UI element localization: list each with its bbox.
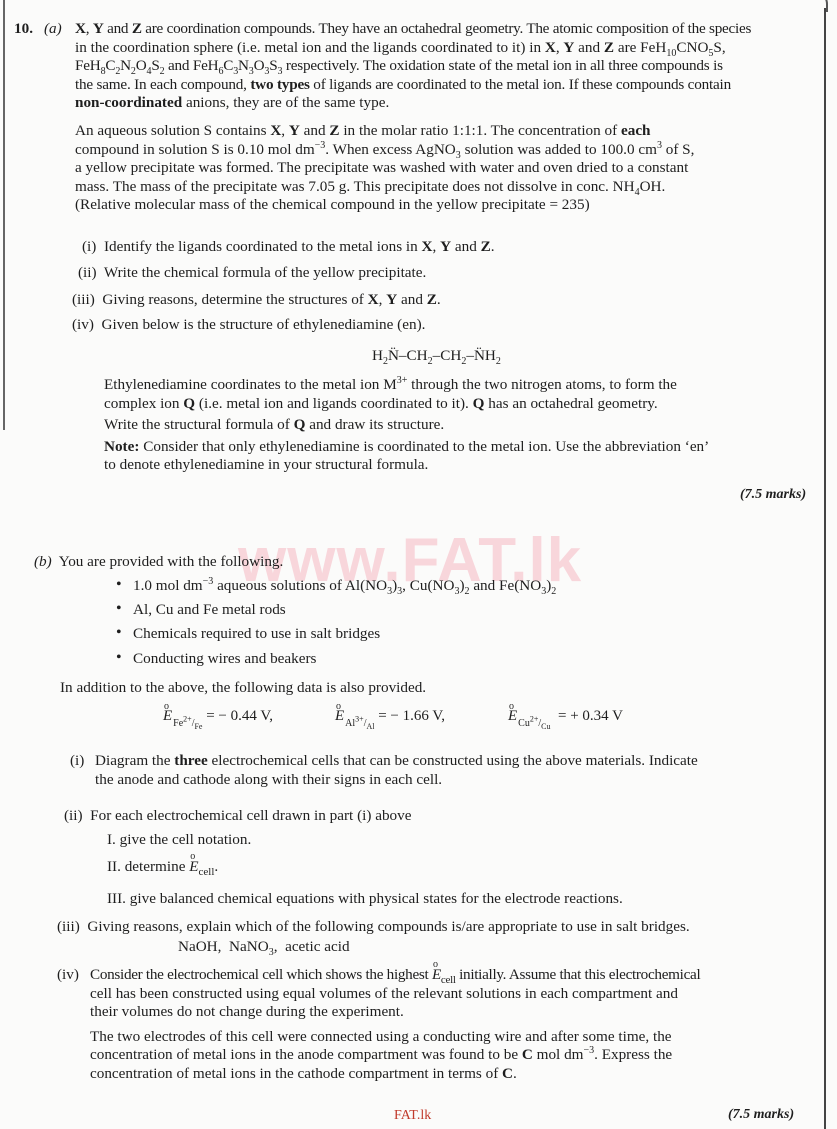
- provided-item: Chemicals required to use in salt bridge…: [133, 625, 380, 643]
- part-a-marks: (7.5 marks): [740, 487, 806, 503]
- page-border-right: [824, 8, 826, 1129]
- question-b-ii-I: I. give the cell notation.: [107, 831, 251, 849]
- page-border-left: [3, 0, 5, 430]
- provided-item: Conducting wires and beakers: [133, 650, 316, 668]
- provided-item: Al, Cu and Fe metal rods: [133, 601, 286, 619]
- part-a-intro: X, Y and Z are coordination compounds. T…: [75, 20, 820, 113]
- potential-fe: EoFe2+/Fe = − 0.44 V,: [163, 708, 273, 729]
- part-a-label: (a): [44, 20, 62, 38]
- question-a-iii: (iii) Giving reasons, determine the stru…: [72, 291, 441, 309]
- salt-bridge-compounds: NaOH, NaNO3, acetic acid: [178, 938, 350, 956]
- provided-item: 1.0 mol dm−3 aqueous solutions of Al(NO3…: [133, 577, 556, 595]
- question-number: 10.: [14, 20, 33, 38]
- question-a-ii: (ii) Write the chemical formula of the y…: [78, 264, 426, 282]
- question-b-ii: (ii) For each electrochemical cell drawn…: [64, 807, 411, 825]
- question-b-iv: Consider the electrochemical cell which …: [90, 966, 802, 1083]
- question-a-iv: (iv) Given below is the structure of eth…: [72, 316, 425, 334]
- potential-cu: EoCu2+/Cu = + 0.34 V: [508, 708, 623, 729]
- footer-site-label: FAT.lk: [394, 1108, 431, 1124]
- question-b-i: Diagram the three electrochemical cells …: [95, 752, 805, 789]
- solution-s-paragraph: An aqueous solution S contains X, Y and …: [75, 122, 820, 215]
- question-b-ii-III: III. give balanced chemical equations wi…: [107, 890, 623, 908]
- question-b-ii-II: II. determine Eocell.: [107, 858, 218, 876]
- question-b-i-num: (i): [70, 752, 84, 770]
- en-paragraph: Ethylenediamine coordinates to the metal…: [104, 376, 816, 475]
- potential-al: EoAl3+/Al = − 1.66 V,: [335, 708, 445, 729]
- data-intro: In addition to the above, the following …: [60, 679, 426, 697]
- page-border-top: [0, 0, 828, 12]
- ethylenediamine-structure: H2N̈–CH2–CH2–N̈H2: [372, 347, 501, 365]
- question-b-iv-num: (iv): [57, 966, 79, 984]
- part-b-marks: (7.5 marks): [728, 1107, 794, 1123]
- intro-line3: respectively. The oxidation state of the…: [286, 57, 723, 74]
- question-b-iii: (iii) Giving reasons, explain which of t…: [57, 918, 690, 936]
- part-b-intro: (b) You are provided with the following.: [34, 553, 283, 571]
- question-a-i: (i) Identify the ligands coordinated to …: [82, 238, 495, 256]
